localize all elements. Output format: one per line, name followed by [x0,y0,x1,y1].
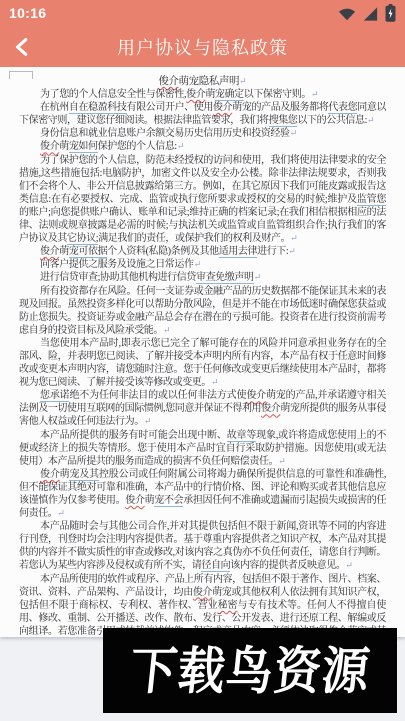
document-body: 俊介萌宠隐私声明↵为了您的个人信息安全性与保密性,俊介萌宠确定以下保密守则。↵在… [0,67,405,637]
paragraph-mark: ↵ [367,115,375,125]
paragraph: 本产品随时会与其他公司合作,并对其提供包括但不限于新闻,资讯等不同的内容进行刊登… [19,520,386,572]
paragraph-mark: ↵ [254,272,262,282]
status-icons [338,4,396,22]
app-screen: 10:16 用户协议与隐私政策 俊介萌宠隐私声明↵为了您的个人信息安全性与 [0,0,405,721]
paragraph-mark: ↵ [211,377,219,387]
paragraph: 俊介萌宠及其控股公司或任何附属公司将竭力确保所提供信息的可靠性和准确性,但不能保… [19,468,386,520]
paragraph: 俊介萌宠可依据个人资料(私隐)条例及其他适用去律进行下:↵ [19,245,386,258]
status-bar: 10:16 [0,0,405,26]
paragraph: 俊介萌宠隐私声明↵ [19,75,386,88]
paragraph-mark: ↵ [177,141,185,151]
paragraph: 进行信贷审查;协助其他机构进行信贷审查免缴声明↵ [19,271,386,284]
paragraph-mark: ↵ [194,259,202,269]
document-page[interactable]: 俊介萌宠隐私声明↵为了您的个人信息安全性与保密性,俊介萌宠确定以下保密守则。↵在… [0,67,405,637]
paragraph: 俊介萌宠如何保护您的个人信息:↵ [19,140,386,153]
paragraph: 您承诺绝不为任何非法目的或以任何非法方式使俊介萌宠的产品,并承诺遵守相关法例及一… [19,389,386,428]
paragraph-mark: ↵ [345,560,353,570]
paragraph-mark: ↵ [278,456,286,466]
cellular-signal-icon [362,6,379,22]
paragraph: 所有投资都存在风险。任何一支证券或金融产品的历史数据都不能保证其未来的表现及回报… [19,285,386,337]
paragraph: 当您使用本产品时,即表示您已完全了解可能存在的风险并同意承担业务存在的全部风、险… [19,337,386,389]
paragraph: 为了保护您的个人信息，防范未经授权的访问和使用，我们将使用法律要求的安全措施,这… [19,154,386,246]
back-button[interactable] [6,30,40,64]
paragraph: 为了您的个人信息安全性与保密性,俊介萌宠确定以下保密守则。↵ [19,88,386,101]
paragraph-mark: ↵ [290,233,298,243]
paragraph-mark: ↵ [239,76,247,86]
chevron-left-icon [12,36,34,58]
page-title: 用户协议与隐私政策 [0,34,405,60]
battery-charging-icon [385,4,396,22]
clock: 10:16 [9,5,46,21]
paragraph: 在杭州自在稳盈科技有限公司开户、使用俊介萌宠的产品及服务都将代表您同意以下保密守… [19,101,386,127]
paragraph: 本产品所提供的服务有时可能会出现中断、故章等现象,或许将造成您使用上的不便或经济… [19,429,386,468]
watermark-banner: 下载鸟资源 [103,628,397,713]
paragraph-mark: ↵ [57,508,65,518]
paragraph-mark: ↵ [163,325,171,335]
paragraph: 向客户提供之服务及设施之日常运作↵ [19,258,386,271]
paragraph-mark: ↵ [288,246,296,256]
paragraph-mark: ↵ [144,416,152,426]
nav-bar: 用户协议与隐私政策 [0,26,405,67]
paragraph: 身份信息和就业信息账户余额交易历史信用历史和投资经验↵ [19,127,386,140]
watermark-text: 下载鸟资源 [127,645,372,696]
paragraph-mark: ↵ [311,89,319,99]
wifi-icon [338,6,356,22]
paragraph-mark: ↵ [290,128,298,138]
text-boundary-mark [9,71,33,79]
